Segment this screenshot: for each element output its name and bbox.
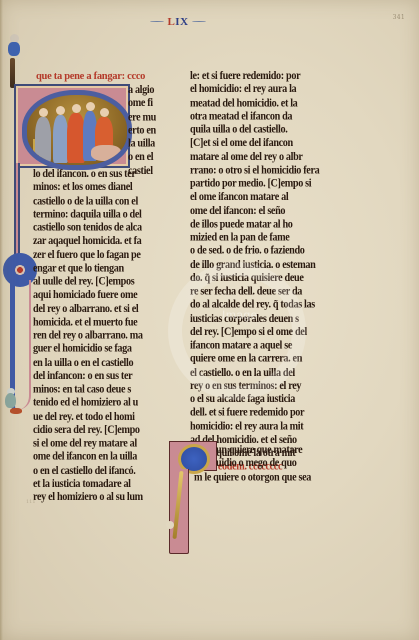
text-line: el homicidio: el rey aura la xyxy=(190,83,325,96)
text-line: termino: daquila uilla o del xyxy=(33,208,165,221)
gold-stroke-icon xyxy=(172,471,183,539)
gutter-shadow xyxy=(0,0,3,640)
initial-side-text: a algio ome fi ere mu erto en la uilla o… xyxy=(128,84,168,178)
text-line: del infancon: o en sus ter xyxy=(33,370,165,383)
text-line: meatad del homicidio. et la xyxy=(190,97,325,110)
text-line: guer el homicidio se faga xyxy=(33,343,165,356)
text-line: matare al ome del rey o albr xyxy=(190,151,325,164)
marginal-grotesque-icon xyxy=(6,34,22,60)
text-line: rey o en sus terminos: el rey xyxy=(190,380,325,393)
text-line: [C]et si el ome del ifancon xyxy=(190,137,325,150)
text-line: uidio o mego de quo xyxy=(216,457,336,470)
text-line: en la uilla o en el castiello xyxy=(33,357,165,370)
figure-fallen-victim-icon xyxy=(91,145,121,161)
text-line: el castiello. o en la uilla del xyxy=(190,366,325,379)
text-line: zar aqaquel homicida. et fa xyxy=(33,235,165,248)
text-line: dell. et si fuere redemido por xyxy=(190,407,325,420)
text-line: o de sed. o de frio. o faziendo xyxy=(190,245,325,258)
left-column: lo del ifancon. o en sus ter minos: et l… xyxy=(33,168,165,505)
text-line: de illos puede matar al ho xyxy=(190,218,325,231)
text-line: minos: en tal caso deue s xyxy=(33,384,165,397)
figure-icon xyxy=(53,115,68,163)
text-line: ome fi xyxy=(128,97,168,110)
decorated-initial-small xyxy=(169,441,217,471)
text-line: do. q̃ si iusticia quisiere deue xyxy=(190,272,325,285)
text-line: rey el homiziero o al su lum xyxy=(33,491,165,504)
text-line: de illo grand iusticia. o esteman xyxy=(190,259,325,272)
text-line: o en el xyxy=(128,151,168,164)
folio-number: 341 xyxy=(393,14,405,21)
watermark-text: Image xyxy=(222,308,258,322)
text-line: re ser fecha dell. deue ser da xyxy=(190,286,325,299)
marginal-bird-icon xyxy=(4,388,18,408)
text-line: otra meatad el ifancon da xyxy=(190,110,325,123)
text-line: mizied en la pan de fame xyxy=(190,232,325,245)
text-line: m le quiere o otorgon que sea xyxy=(194,471,336,484)
text-line: la uilla xyxy=(128,138,168,151)
text-line: ome del ifancon: el seño xyxy=(190,205,325,218)
initial-descender xyxy=(169,469,189,554)
text-line: homicida. et el muerto fue xyxy=(33,316,165,329)
running-head: LIX xyxy=(148,16,208,28)
text-line: castiello son tenidos de alca xyxy=(33,222,165,235)
text-line: rrano: o otro si el homicidio fera xyxy=(190,164,325,177)
text-line: lo del ifancon. o en sus ter xyxy=(33,168,165,181)
chapter-rubric: que ta pene a fangar: ccco xyxy=(36,71,145,82)
figure-seated-judge-icon xyxy=(35,117,51,163)
text-line: ifancon matare a aquel se xyxy=(190,340,325,353)
text-line: si el ome del rey matare al xyxy=(33,438,165,451)
text-line: le: et si fuere redemido: por xyxy=(190,70,325,83)
right-column: le: et si fuere redemido: por el homicid… xyxy=(190,70,325,474)
text-line: erto en xyxy=(128,124,168,137)
text-line: del rey. [C]empo si el ome del xyxy=(190,326,325,339)
initial-border-stem xyxy=(14,163,20,263)
text-line: o el su alcalde faga iusticia xyxy=(190,393,325,406)
text-line: a algio xyxy=(128,84,168,97)
text-line: quiere ome en la carrera. en xyxy=(190,353,325,366)
text-line: engar et que lo tiengan xyxy=(33,262,165,275)
text-line: cidio sera del rey. [C]empo xyxy=(33,424,165,437)
running-head-roman: IX xyxy=(175,16,188,28)
text-line: ome del ifancon en la uilla xyxy=(33,451,165,464)
text-line: castiello o de la uilla con el xyxy=(33,195,165,208)
bird-perch-icon xyxy=(10,408,22,414)
text-line: ren del rey o albarrano. ma xyxy=(33,330,165,343)
flourish-right-icon xyxy=(192,21,206,23)
text-line: et la iusticia tomadare al xyxy=(33,478,165,491)
text-line: zer el fuero que lo fagan pe xyxy=(33,249,165,262)
text-line: ue del rey. et todo el homi xyxy=(33,411,165,424)
text-line: homicidio: el rey aura la mit xyxy=(190,420,325,433)
text-line: aqui homiciado fuere ome xyxy=(33,289,165,302)
historiated-initial xyxy=(14,84,130,168)
flourish-left-icon xyxy=(150,21,164,23)
initial-bowl xyxy=(22,90,132,170)
initial-notch xyxy=(166,521,174,529)
manuscript-page: 341 LIX que ta pene a fangar: ccco a alg… xyxy=(0,0,419,640)
text-line: del rey o albarrano. et si el xyxy=(33,303,165,316)
text-line: un quiere que matare xyxy=(216,444,336,457)
text-line: ere mu xyxy=(128,111,168,124)
text-line: minos: et los omes dianel xyxy=(33,181,165,194)
running-head-numeral: LIX xyxy=(167,16,188,28)
text-line: partido por medio. [C]empo si xyxy=(190,178,325,191)
text-line: o en el castiello del ifancó. xyxy=(33,464,165,477)
right-column-continued: un quiere que matare uidio o mego de quo… xyxy=(216,444,336,484)
text-line: el ome ifancon matare al xyxy=(190,191,325,204)
margin-note: 111 xyxy=(26,499,36,505)
text-line: tenido ed el homiziero al u xyxy=(33,397,165,410)
text-line: quila uilla o del castiello. xyxy=(190,124,325,137)
text-line: al uulle del rey. [C]empos xyxy=(33,276,165,289)
